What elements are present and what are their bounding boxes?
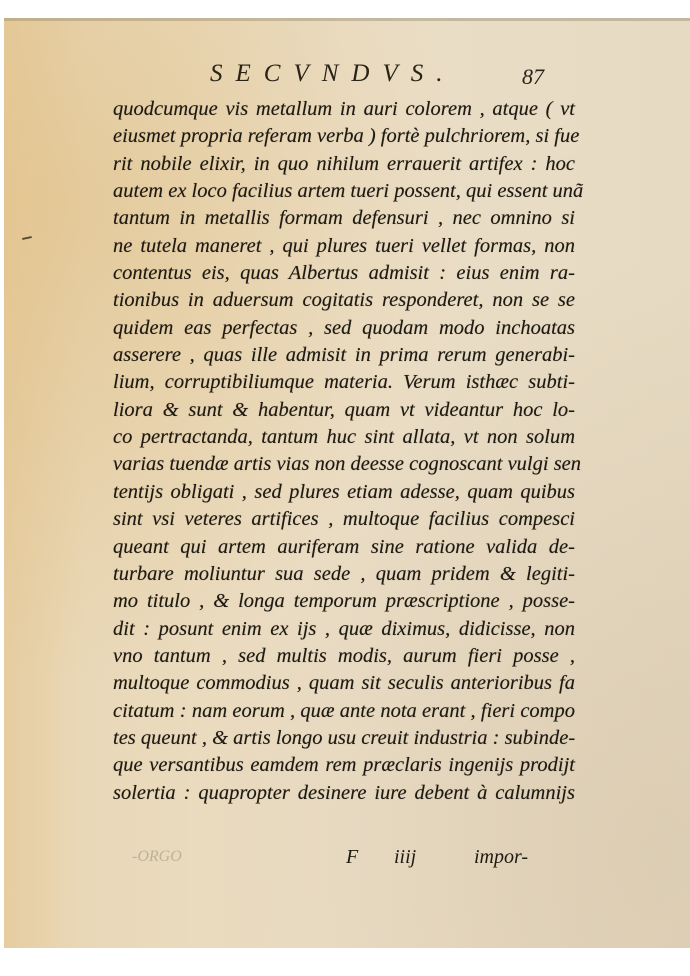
margin-ink-mark [22, 236, 32, 240]
text-line: rit nobile elixir, in quo nihilum erraue… [113, 151, 575, 178]
text-line: quodcumque vis metallum in auri colorem … [113, 96, 575, 123]
text-line: dit : posunt enim ex ijs , quæ diximus, … [113, 616, 575, 643]
text-line: mo titulo , & longa temporum præscriptio… [113, 588, 575, 615]
text-line: liora & sunt & habentur, quam vt videant… [113, 397, 575, 424]
text-line: tes queunt , & artis longo usu creuit in… [113, 725, 575, 752]
text-line: multoque commodius , quam sit seculis an… [113, 670, 575, 697]
book-page: SECVNDVS. 87 quodcumque vis metallum in … [4, 18, 690, 948]
text-line: contentus eis, quas Albertus admisit : e… [113, 260, 575, 287]
catchword: impor- [474, 846, 528, 869]
text-line: eiusmet propria referam verba ) fortè pu… [113, 123, 575, 150]
text-line: co pertractanda, tantum huc sint allata,… [113, 424, 575, 451]
text-line: que versantibus eamdem rem præclaris ing… [113, 752, 575, 779]
text-line: asserere , quas ille admisit in prima re… [113, 342, 575, 369]
text-line: sint vsi veteres artifices , multoque fa… [113, 506, 575, 533]
signature-mark-number: iiij [394, 846, 416, 869]
text-line: autem ex loco facilius artem tueri posse… [113, 178, 575, 205]
text-line: vno tantum , sed multis modis, aurum fie… [113, 643, 575, 670]
text-line: queant qui artem auriferam sine ratione … [113, 534, 575, 561]
page-footer: F iiij impor- [4, 846, 690, 874]
text-line: tionibus in aduersum cogitatis responder… [113, 287, 575, 314]
text-line: tantum in metallis formam defensuri , ne… [113, 205, 575, 232]
signature-mark-letter: F [346, 846, 358, 869]
text-line: citatum : nam eorum , quæ ante nota eran… [113, 698, 575, 725]
text-line: turbare moliuntur sua sede , quam pridem… [113, 561, 575, 588]
text-line: ne tutela maneret , qui plures tueri vel… [113, 233, 575, 260]
page-number: 87 [522, 64, 544, 90]
text-line: tentijs obligati , sed plures etiam ades… [113, 479, 575, 506]
text-line: solertia : quapropter desinere iure debe… [113, 780, 575, 807]
text-line: quidem eas perfectas , sed quodam modo i… [113, 315, 575, 342]
page-header: SECVNDVS. 87 [4, 58, 690, 88]
running-head: SECVNDVS. [210, 60, 455, 88]
text-line: varias tuendæ artis vias non deesse cogn… [113, 451, 575, 478]
body-text: quodcumque vis metallum in auri colorem … [113, 96, 575, 807]
text-line: lium, corruptibiliumque materia. Verum i… [113, 369, 575, 396]
